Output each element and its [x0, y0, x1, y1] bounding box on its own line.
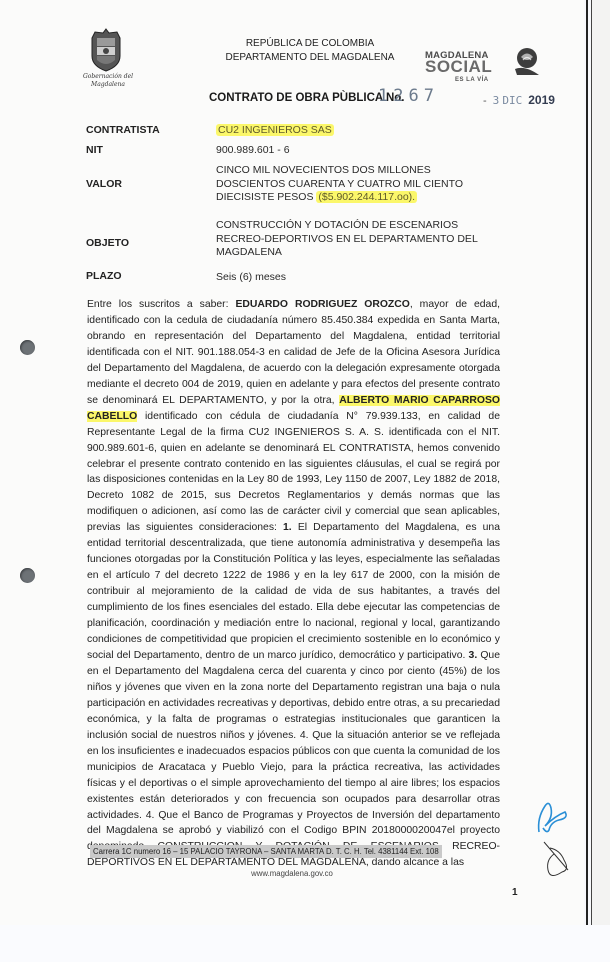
objeto-value: CONSTRUCCIÓN Y DOTACIÓN DE ESCENARIOS RE… — [216, 219, 496, 260]
contract-number-stamp: 1267 — [378, 86, 439, 106]
crest-caption: Gobernación del Magdalena — [68, 73, 148, 89]
contratista-value: CU2 INGENIEROS SAS — [216, 124, 516, 138]
rose-icon — [513, 47, 541, 77]
objeto-label: OBJETO — [86, 237, 129, 249]
document-page: Gobernación del Magdalena REPÚBLICA DE C… — [0, 0, 584, 925]
plazo-label: PLAZO — [86, 270, 122, 282]
valor-amount: ($5.902.244.117.oo). — [316, 191, 417, 203]
page-number: 1 — [512, 887, 518, 898]
official-name: EDUARDO RODRIGUEZ OROZCO — [235, 299, 409, 310]
signature-initials-blue — [531, 798, 571, 836]
nit-value: 900.989.601 - 6 — [216, 144, 516, 158]
footer-address: Carrera 1C numero 16 – 15 PALACIO TAYRON… — [90, 845, 442, 858]
scan-bottom-margin — [0, 925, 610, 962]
valor-value: CINCO MIL NOVECIENTOS DOS MILLONES DOSCI… — [216, 164, 486, 205]
republic-heading: REPÚBLICA DE COLOMBIA — [210, 38, 410, 49]
adjacent-page-strip — [592, 0, 610, 925]
contratista-label: CONTRATISTA — [86, 124, 160, 136]
contract-title: CONTRATO DE OBRA PÙBLICA No. — [209, 92, 405, 104]
date-stamp: -3 DIC2019 — [483, 93, 555, 107]
department-heading: DEPARTAMENTO DEL MAGDALENA — [210, 52, 410, 63]
nit-label: NIT — [86, 144, 103, 156]
magdalena-social-logo: MAGDALENA SOCIAL ES LA VÍA — [425, 47, 545, 87]
body-paragraph: Entre los suscritos a saber: EDUARDO ROD… — [87, 297, 500, 871]
footer-website[interactable]: www.magdalena.gov.co — [0, 869, 584, 878]
plazo-value: Seis (6) meses — [216, 271, 516, 285]
department-crest-icon — [86, 28, 126, 72]
punch-hole — [20, 568, 35, 583]
valor-label: VALOR — [86, 178, 122, 190]
punch-hole — [20, 340, 35, 355]
contract-body: Entre los suscritos a saber: EDUARDO ROD… — [87, 297, 500, 871]
